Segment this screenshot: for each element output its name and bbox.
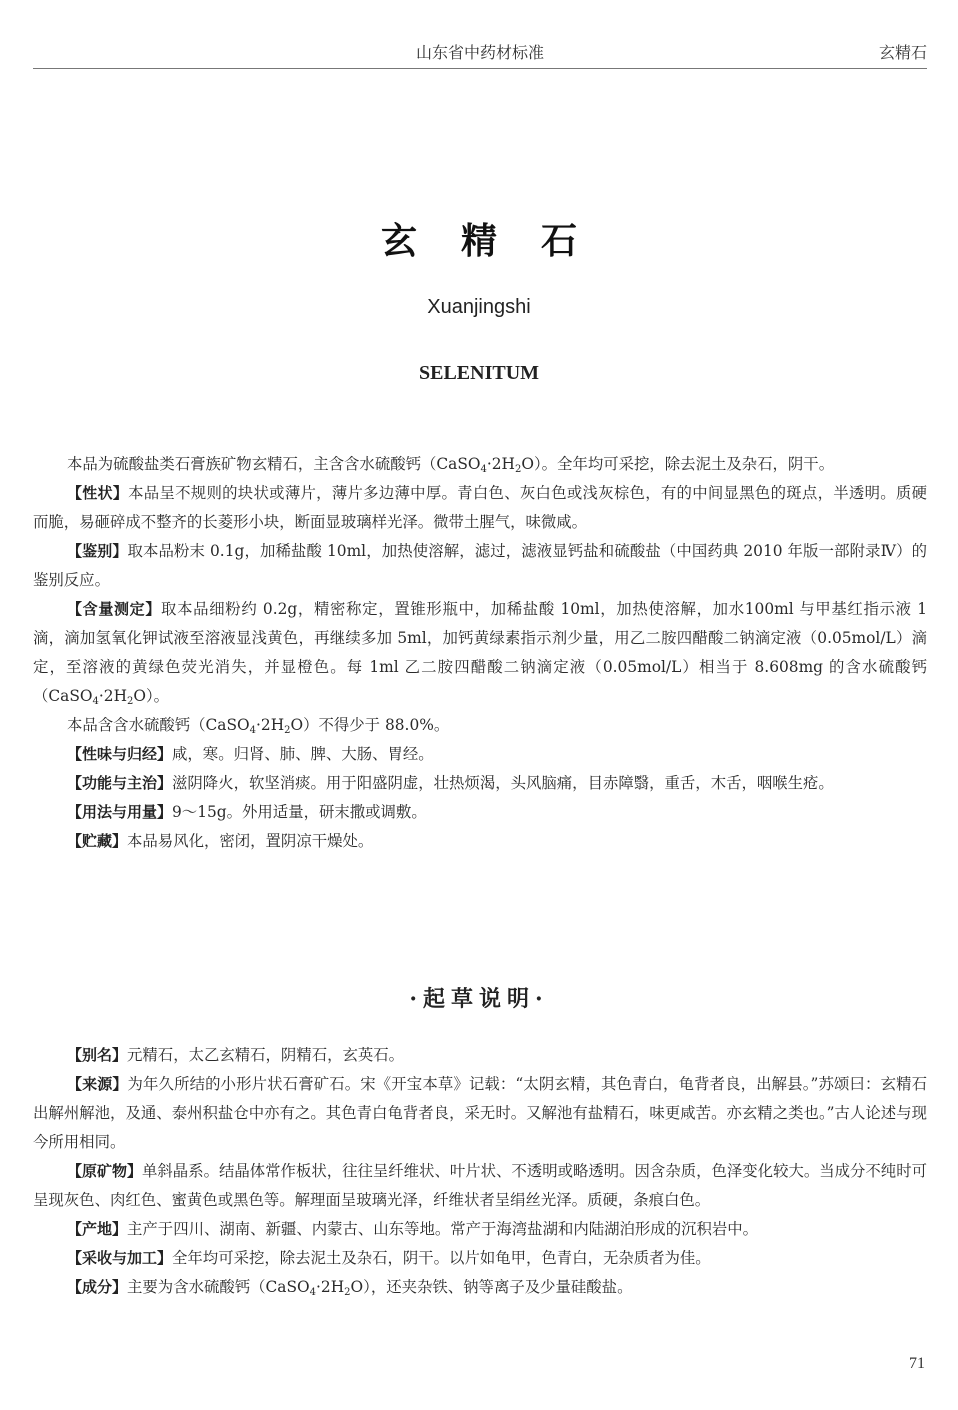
- section-dosage: 【用法与用量】9～15g。外用适量，研末撒或调敷。: [33, 798, 927, 827]
- drafting-notes-title: ·起草说明·: [0, 982, 958, 1013]
- monograph-title: 玄精石: [0, 213, 958, 264]
- section-description: 【性状】本品呈不规则的块状或薄片，薄片多边薄中厚。青白色、灰白色或浅灰棕色，有的…: [33, 479, 927, 537]
- drafting-notes-body: 【别名】元精石，太乙玄精石，阴精石，玄英石。 【来源】为年久所结的小形片状石膏矿…: [33, 1041, 927, 1302]
- pinyin-name: Xuanjingshi: [0, 296, 958, 319]
- latin-name: SELENITUM: [0, 362, 958, 385]
- note-composition: 【成分】主要为含水硫酸钙（CaSO4·2H2O），还夹杂铁、钠等离子及少量硅酸盐…: [33, 1273, 927, 1302]
- section-assay: 【含量测定】取本品细粉约 0.2g，精密称定，置锥形瓶中，加稀盐酸 10ml，加…: [33, 595, 927, 711]
- section-functions: 【功能与主治】滋阴降火，软坚消痰。用于阳盛阴虚，壮热烦渴，头风脑痛，目赤障翳，重…: [33, 769, 927, 798]
- section-identification: 【鉴别】取本品粉末 0.1g，加稀盐酸 10ml，加热使溶解，滤过，滤液显钙盐和…: [33, 537, 927, 595]
- intro-paragraph: 本品为硫酸盐类石膏族矿物玄精石，主含含水硫酸钙（CaSO4·2H2O）。全年均可…: [33, 450, 927, 479]
- note-mineral: 【原矿物】单斜晶系。结晶体常作板状，往往呈纤维状、叶片状、不透明或略透明。因含杂…: [33, 1157, 927, 1215]
- monograph-body: 本品为硫酸盐类石膏族矿物玄精石，主含含水硫酸钙（CaSO4·2H2O）。全年均可…: [33, 450, 927, 856]
- book-title: 山东省中药材标准: [33, 40, 927, 63]
- section-storage: 【贮藏】本品易风化，密闭，置阴凉干燥处。: [33, 827, 927, 856]
- note-origin: 【产地】主产于四川、湖南、新疆、内蒙古、山东等地。常产于海湾盐湖和内陆湖泊形成的…: [33, 1215, 927, 1244]
- running-title: 玄精石: [879, 40, 927, 63]
- running-header: 山东省中药材标准 玄精石: [33, 38, 927, 69]
- page-number: 71: [909, 1355, 925, 1373]
- section-content-limit: 本品含含水硫酸钙（CaSO4·2H2O）不得少于 88.0%。: [33, 711, 927, 740]
- note-harvest: 【采收与加工】全年均可采挖，除去泥土及杂石，阴干。以片如龟甲，色青白，无杂质者为…: [33, 1244, 927, 1273]
- note-source: 【来源】为年久所结的小形片状石膏矿石。宋《开宝本草》记载：“太阴玄精，其色青白，…: [33, 1070, 927, 1157]
- note-alias: 【别名】元精石，太乙玄精石，阴精石，玄英石。: [33, 1041, 927, 1070]
- section-nature-meridian: 【性味与归经】咸，寒。归肾、肺、脾、大肠、胃经。: [33, 740, 927, 769]
